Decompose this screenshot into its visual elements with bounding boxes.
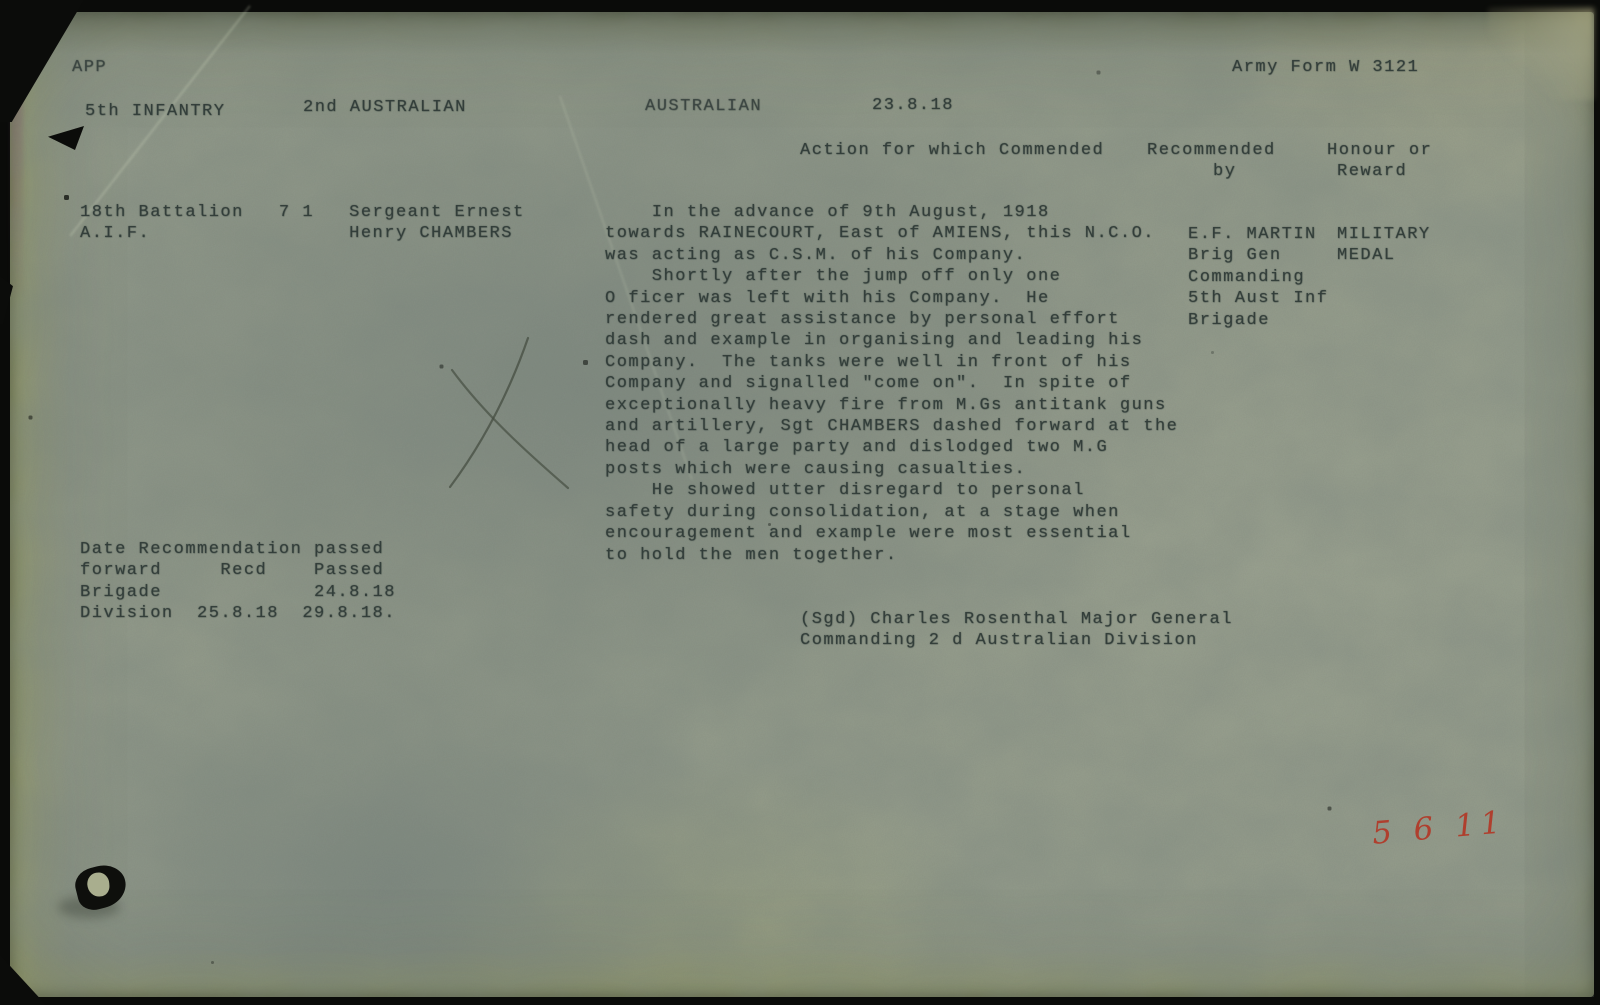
honour-award: MILITARYMEDAL (1337, 224, 1431, 267)
text-line: Company. The tanks were well in front of… (605, 352, 1178, 373)
header-recommended-by-2: by (1213, 161, 1236, 182)
text-line: dash and example in organising and leadi… (605, 330, 1178, 351)
form-number: Army Form W 3121 (1232, 57, 1419, 78)
dates-table: Date Recommendation passedforward Recd P… (80, 539, 396, 625)
date-field: 23.8.18 (872, 95, 954, 116)
header-honour: Honour or (1327, 140, 1432, 161)
unit-division: 2nd AUSTRALIAN (303, 97, 467, 118)
text-line: O ficer was left with his Company. He (605, 288, 1178, 309)
signature-block: (Sgd) Charles Rosenthal Major GeneralCom… (800, 609, 1233, 652)
text-line: E.F. MARTIN (1188, 224, 1328, 245)
text-line: head of a large party and dislodged two … (605, 437, 1178, 458)
text-line: Commanding 2 d Australian Division (800, 630, 1233, 651)
text-line: posts which were causing casualties. (605, 459, 1178, 480)
unit-corps: AUSTRALIAN (645, 96, 762, 117)
text-line: Date Recommendation passed (80, 539, 396, 560)
text-line: In the advance of 9th August, 1918 (605, 202, 1178, 223)
header-recommended-by: Recommended (1147, 140, 1276, 161)
text-line: Commanding (1188, 267, 1328, 288)
text-line: 5th Aust Inf (1188, 288, 1328, 309)
header-honour-2: Reward (1337, 161, 1407, 182)
text-line: Brigade 24.8.18 (80, 582, 396, 603)
text-line: MILITARY (1337, 224, 1431, 245)
text-line: Brig Gen (1188, 245, 1328, 266)
text-line: Brigade (1188, 310, 1328, 331)
text-line: was acting as C.S.M. of his Company. (605, 245, 1178, 266)
text-line: forward Recd Passed (80, 560, 396, 581)
text-line: towards RAINECOURT, East of AMIENS, this… (605, 223, 1178, 244)
text-line: encouragement and example were most esse… (605, 523, 1178, 544)
corner-annotation: APP (72, 57, 107, 78)
text-line: safety during consolidation, at a stage … (605, 502, 1178, 523)
text-line: exceptionally heavy fire from M.Gs antit… (605, 395, 1178, 416)
text-line: Company and signalled "come on". In spit… (605, 373, 1178, 394)
soldier-details: 18th Battalion 7 1 Sergeant ErnestA.I.F.… (80, 202, 525, 245)
text-line: and artillery, Sgt CHAMBERS dashed forwa… (605, 416, 1178, 437)
typed-text-layer: APP Army Form W 3121 5th INFANTRY 2nd AU… (0, 0, 1600, 1005)
action-description: In the advance of 9th August, 1918toward… (605, 202, 1178, 566)
unit-brigade: 5th INFANTRY (85, 101, 225, 122)
header-action-column: Action for which Commended (800, 140, 1104, 161)
text-line: rendered great assistance by personal ef… (605, 309, 1178, 330)
text-line: to hold the men together. (605, 545, 1178, 566)
text-line: MEDAL (1337, 245, 1431, 266)
text-line: Shortly after the jump off only one (605, 266, 1178, 287)
text-line: He showed utter disregard to personal (605, 480, 1178, 501)
text-line: 18th Battalion 7 1 Sergeant Ernest (80, 202, 525, 223)
text-line: (Sgd) Charles Rosenthal Major General (800, 609, 1233, 630)
scanned-document: APP Army Form W 3121 5th INFANTRY 2nd AU… (0, 0, 1600, 1005)
text-line: A.I.F. Henry CHAMBERS (80, 223, 525, 244)
recommending-officer: E.F. MARTINBrig GenCommanding5th Aust In… (1188, 224, 1328, 331)
text-line: Division 25.8.18 29.8.18. (80, 603, 396, 624)
